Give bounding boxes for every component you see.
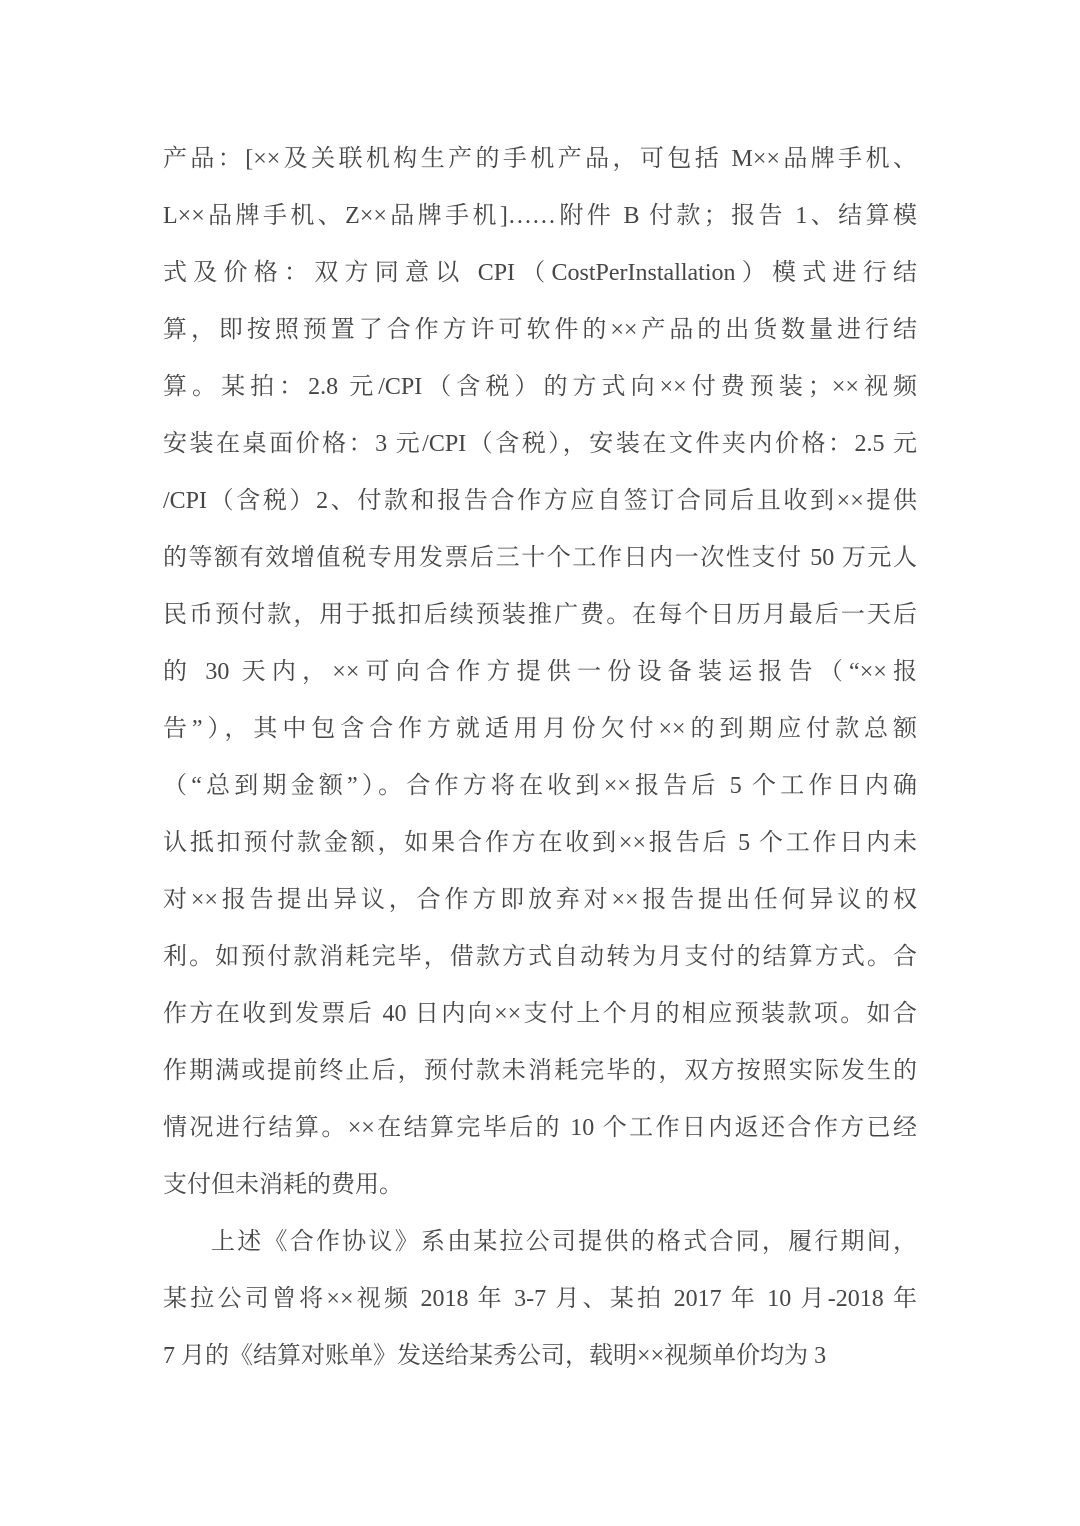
text-line: 的等额有效增值税专用发票后三十个工作日内一次性支付 50 万元人 bbox=[163, 530, 917, 587]
text-line: 支付但未消耗的费用。 bbox=[163, 1157, 917, 1214]
text-line: 情况进行结算。××在结算完毕后的 10 个工作日内返还合作方已经 bbox=[163, 1100, 917, 1157]
paragraph: 上述《合作协议》系由某拉公司提供的格式合同，履行期间，某拉公司曾将××视频 20… bbox=[163, 1214, 917, 1385]
text-line: 安装在桌面价格：3 元/CPI（含税），安装在文件夹内价格：2.5 元 bbox=[163, 416, 917, 473]
text-line: 告”），其中包含合作方就适用月份欠付××的到期应付款总额 bbox=[163, 701, 917, 758]
text-line: 算，即按照预置了合作方许可软件的××产品的出货数量进行结 bbox=[163, 302, 917, 359]
document-page: 产品：[××及关联机构生产的手机产品，可包括 M××品牌手机、L××品牌手机、Z… bbox=[0, 0, 1080, 1526]
text-line: 对××报告提出异议，合作方即放弃对××报告提出任何异议的权 bbox=[163, 872, 917, 929]
text-line: L××品牌手机、Z××品牌手机]……附件 B 付款；报告 1、结算模 bbox=[163, 188, 917, 245]
text-line: 作期满或提前终止后，预付款未消耗完毕的，双方按照实际发生的 bbox=[163, 1043, 917, 1100]
text-line: 算。某拍：2.8 元/CPI（含税）的方式向××付费预装；××视频 bbox=[163, 359, 917, 416]
text-line: 民币预付款，用于抵扣后续预装推广费。在每个日历月最后一天后 bbox=[163, 587, 917, 644]
text-line: 认抵扣预付款金额，如果合作方在收到××报告后 5 个工作日内未 bbox=[163, 815, 917, 872]
text-line: 7 月的《结算对账单》发送给某秀公司，载明××视频单价均为 3 bbox=[163, 1328, 917, 1385]
paragraph: 产品：[××及关联机构生产的手机产品，可包括 M××品牌手机、L××品牌手机、Z… bbox=[163, 131, 917, 1214]
text-line: 利。如预付款消耗完毕，借款方式自动转为月支付的结算方式。合 bbox=[163, 929, 917, 986]
text-line: 某拉公司曾将××视频 2018 年 3-7 月、某拍 2017 年 10 月-2… bbox=[163, 1271, 917, 1328]
text-line: /CPI（含税）2、付款和报告合作方应自签订合同后且收到××提供 bbox=[163, 473, 917, 530]
text-line: 的 30 天内，××可向合作方提供一份设备装运报告（“××报 bbox=[163, 644, 917, 701]
text-line: 上述《合作协议》系由某拉公司提供的格式合同，履行期间， bbox=[163, 1214, 917, 1271]
text-line: （“总到期金额”）。合作方将在收到××报告后 5 个工作日内确 bbox=[163, 758, 917, 815]
text-line: 作方在收到发票后 40 日内向××支付上个月的相应预装款项。如合 bbox=[163, 986, 917, 1043]
text-line: 产品：[××及关联机构生产的手机产品，可包括 M××品牌手机、 bbox=[163, 131, 917, 188]
text-line: 式及价格：双方同意以 CPI（CostPerInstallation）模式进行结 bbox=[163, 245, 917, 302]
document-body: 产品：[××及关联机构生产的手机产品，可包括 M××品牌手机、L××品牌手机、Z… bbox=[163, 131, 917, 1385]
